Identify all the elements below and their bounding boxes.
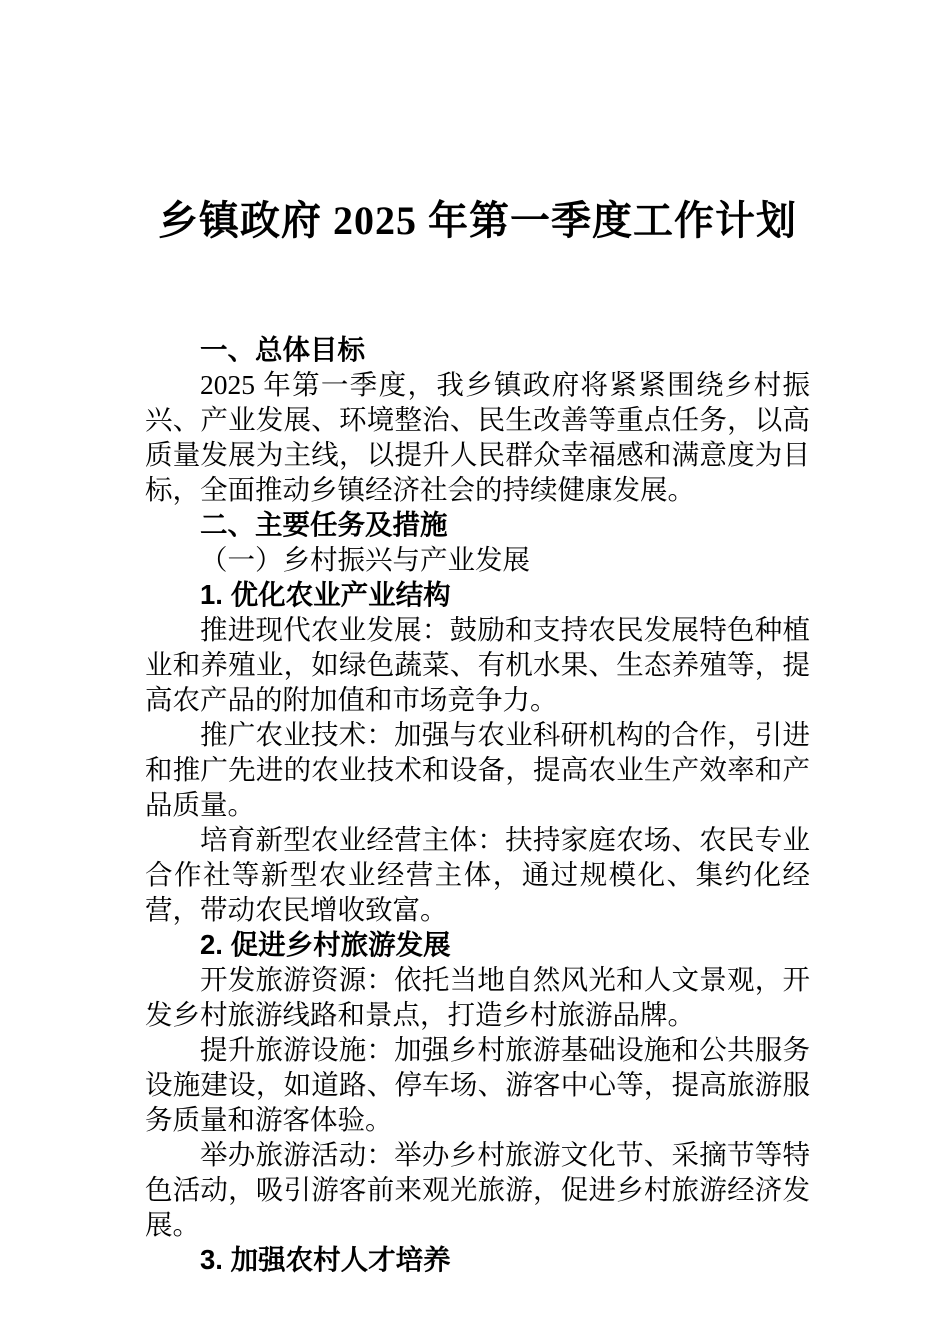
subsection-heading-rural-revitalization: （一）乡村振兴与产业发展 <box>145 542 810 577</box>
paragraph-tourism-resources: 开发旅游资源：依托当地自然风光和人文景观，开发乡村旅游线路和景点，打造乡村旅游品… <box>145 962 810 1032</box>
paragraph-agriculture-technology: 推广农业技术：加强与农业科研机构的合作，引进和推广先进的农业技术和设备，提高农业… <box>145 717 810 822</box>
paragraph-overall-goals: 2025 年第一季度，我乡镇政府将紧紧围绕乡村振兴、产业发展、环境整治、民生改善… <box>145 367 810 507</box>
document-page: 乡镇政府 2025 年第一季度工作计划 一、总体目标 2025 年第一季度，我乡… <box>0 0 950 1344</box>
section-heading-overall-goals: 一、总体目标 <box>145 332 810 367</box>
paragraph-new-agriculture-entities: 培育新型农业经营主体：扶持家庭农场、农民专业合作社等新型农业经营主体，通过规模化… <box>145 822 810 927</box>
item-heading-optimize-agriculture: 1. 优化农业产业结构 <box>145 577 810 612</box>
section-heading-main-tasks: 二、主要任务及措施 <box>145 507 810 542</box>
document-content: 乡镇政府 2025 年第一季度工作计划 一、总体目标 2025 年第一季度，我乡… <box>0 0 950 1277</box>
document-title: 乡镇政府 2025 年第一季度工作计划 <box>145 198 810 244</box>
paragraph-modern-agriculture: 推进现代农业发展：鼓励和支持农民发展特色种植业和养殖业，如绿色蔬菜、有机水果、生… <box>145 612 810 717</box>
paragraph-tourism-events: 举办旅游活动：举办乡村旅游文化节、采摘节等特色活动，吸引游客前来观光旅游，促进乡… <box>145 1137 810 1242</box>
paragraph-tourism-facilities: 提升旅游设施：加强乡村旅游基础设施和公共服务设施建设，如道路、停车场、游客中心等… <box>145 1032 810 1137</box>
item-heading-rural-tourism: 2. 促进乡村旅游发展 <box>145 927 810 962</box>
item-heading-rural-talent: 3. 加强农村人才培养 <box>145 1242 810 1277</box>
